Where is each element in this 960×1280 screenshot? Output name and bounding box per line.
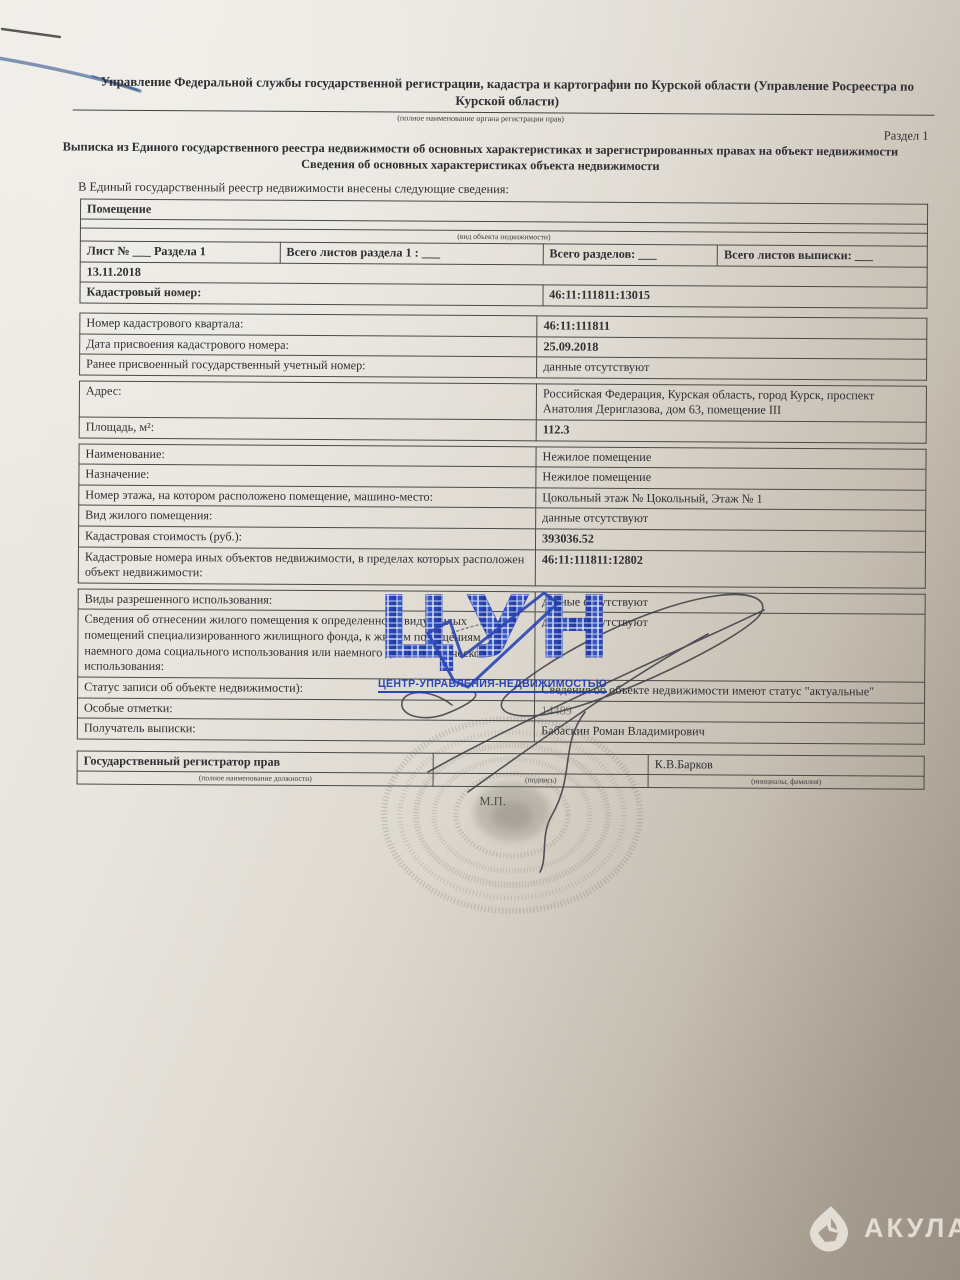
agency-watermark: ЦУН ЦЕНТР-УПРАВЛЕНИЯ-НЕДВИЖИМОСТЬЮ (378, 583, 638, 693)
brand-label: АКУЛА (864, 1213, 960, 1244)
table-row: Адрес: Российская Федерация, Курская обл… (79, 381, 926, 422)
row-value: данные отсутствуют (537, 357, 927, 380)
row-label: Наименование: (79, 444, 536, 467)
check-icon (406, 585, 596, 695)
details-table: Адрес: Российская Федерация, Курская обл… (79, 380, 927, 443)
details-table: Наименование: Нежилое помещение Назначен… (78, 443, 927, 588)
row-value: Нежилое помещение (536, 446, 926, 469)
row-value: Цокольный этаж № Цокольный, Этаж № 1 (536, 488, 926, 511)
shark-drop-icon (804, 1204, 852, 1252)
row-value: 393036.52 (536, 529, 926, 552)
row-label: Номер этажа, на котором расположено поме… (79, 485, 536, 508)
cadastral-number-label: Кадастровый номер: (80, 282, 543, 305)
row-label: Площадь, м²: (79, 417, 536, 440)
row-value: данные отсутствуют (536, 508, 926, 531)
row-value: Нежилое помещение (536, 467, 926, 490)
sheet-cell: Всего листов выписки: ___ (717, 245, 927, 267)
row-value: 25.09.2018 (537, 336, 927, 359)
sheet-cell: Лист № ___ Раздела 1 (80, 241, 280, 263)
row-label: Вид жилого помещения: (79, 505, 536, 528)
row-label: Кадастровая стоимость (руб.): (78, 526, 535, 549)
row-value: 46:11:111811 (537, 316, 927, 339)
sheet-cell: Всего разделов: ___ (543, 244, 718, 266)
cadastral-number-value: 46:11:111811:13015 (543, 285, 928, 308)
sheet-cell: Всего листов раздела 1 : ___ (280, 242, 543, 264)
details-table: Номер кадастрового квартала: 46:11:11181… (79, 312, 927, 380)
org-name: Управление Федеральной службы государств… (96, 74, 919, 113)
row-label: Дата присвоения кадастрового номера: (80, 334, 537, 357)
row-label: Номер кадастрового квартала: (80, 313, 537, 336)
row-label: Адрес: (79, 381, 536, 420)
row-value: Российская Федерация, Курская область, г… (536, 384, 926, 423)
photographed-document: Управление Федеральной службы государств… (0, 0, 960, 1280)
row-value: 112.3 (536, 420, 926, 443)
row-label: Ранее присвоенный государственный учетны… (80, 354, 537, 377)
brand-logo: АКУЛА (804, 1204, 960, 1252)
intro-text: В Единый государственный реестр недвижим… (78, 179, 960, 199)
object-type-table: Помещение (вид объекта недвижимости) Лис… (79, 198, 928, 308)
row-label: Назначение: (79, 464, 536, 487)
